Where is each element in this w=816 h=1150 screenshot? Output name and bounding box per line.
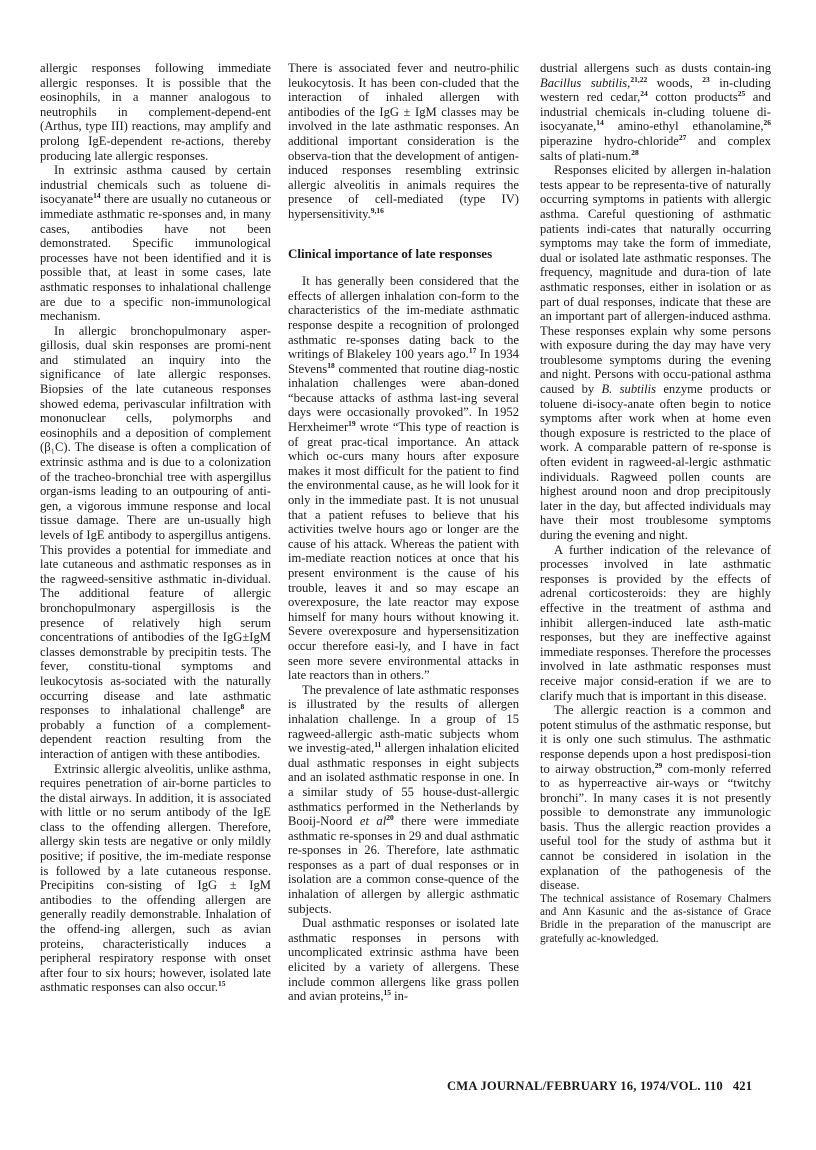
column-1: allergic responses following immediate a… [40, 61, 271, 995]
reference-superscript: 26 [764, 118, 772, 127]
paragraph: It has generally been considered that th… [288, 274, 519, 683]
reference-superscript: 14 [93, 191, 101, 200]
reference-superscript: 20 [386, 813, 394, 822]
paragraph: dustrial allergens such as dusts contain… [540, 61, 771, 163]
paragraph: Dual asthmatic responses or isolated lat… [288, 916, 519, 1004]
paragraph: allergic responses following immediate a… [40, 61, 271, 163]
reference-superscript: 14 [596, 118, 604, 127]
reference-superscript: 15 [383, 988, 391, 997]
acknowledgment: The technical assistance of Rosemary Cha… [540, 893, 771, 946]
reference-superscript: 15 [218, 979, 226, 988]
paragraph: In extrinsic asthma caused by certain in… [40, 163, 271, 324]
reference-superscript: 23 [702, 75, 710, 84]
paragraph: Responses elicited by allergen in-halati… [540, 163, 771, 542]
paragraph: Extrinsic allergic alveolitis, unlike as… [40, 762, 271, 996]
page-number: 421 [733, 1079, 753, 1093]
reference-superscript: 18 [327, 361, 335, 370]
paragraph: In allergic bronchopulmonary asper-gillo… [40, 324, 271, 762]
paragraph: The prevalence of late asthmatic respons… [288, 683, 519, 917]
journal-citation: CMA JOURNAL/FEBRUARY 16, 1974/VOL. 110 [447, 1079, 723, 1093]
reference-superscript: 24 [640, 89, 648, 98]
column-3: dustrial allergens such as dusts contain… [540, 61, 771, 946]
reference-superscript: 9,16 [371, 206, 384, 215]
paragraph: The allergic reaction is a common and po… [540, 703, 771, 893]
column-2: There is associated fever and neutro-phi… [288, 61, 519, 1004]
paragraph: There is associated fever and neutro-phi… [288, 61, 519, 222]
reference-superscript: 28 [631, 148, 639, 157]
reference-superscript: 21,22 [630, 75, 647, 84]
paragraph: A further indication of the relevance of… [540, 543, 771, 704]
section-heading: Clinical importance of late responses [288, 247, 519, 262]
page-footer: CMA JOURNAL/FEBRUARY 16, 1974/VOL. 11042… [447, 1079, 752, 1094]
reference-superscript: 19 [348, 419, 356, 428]
